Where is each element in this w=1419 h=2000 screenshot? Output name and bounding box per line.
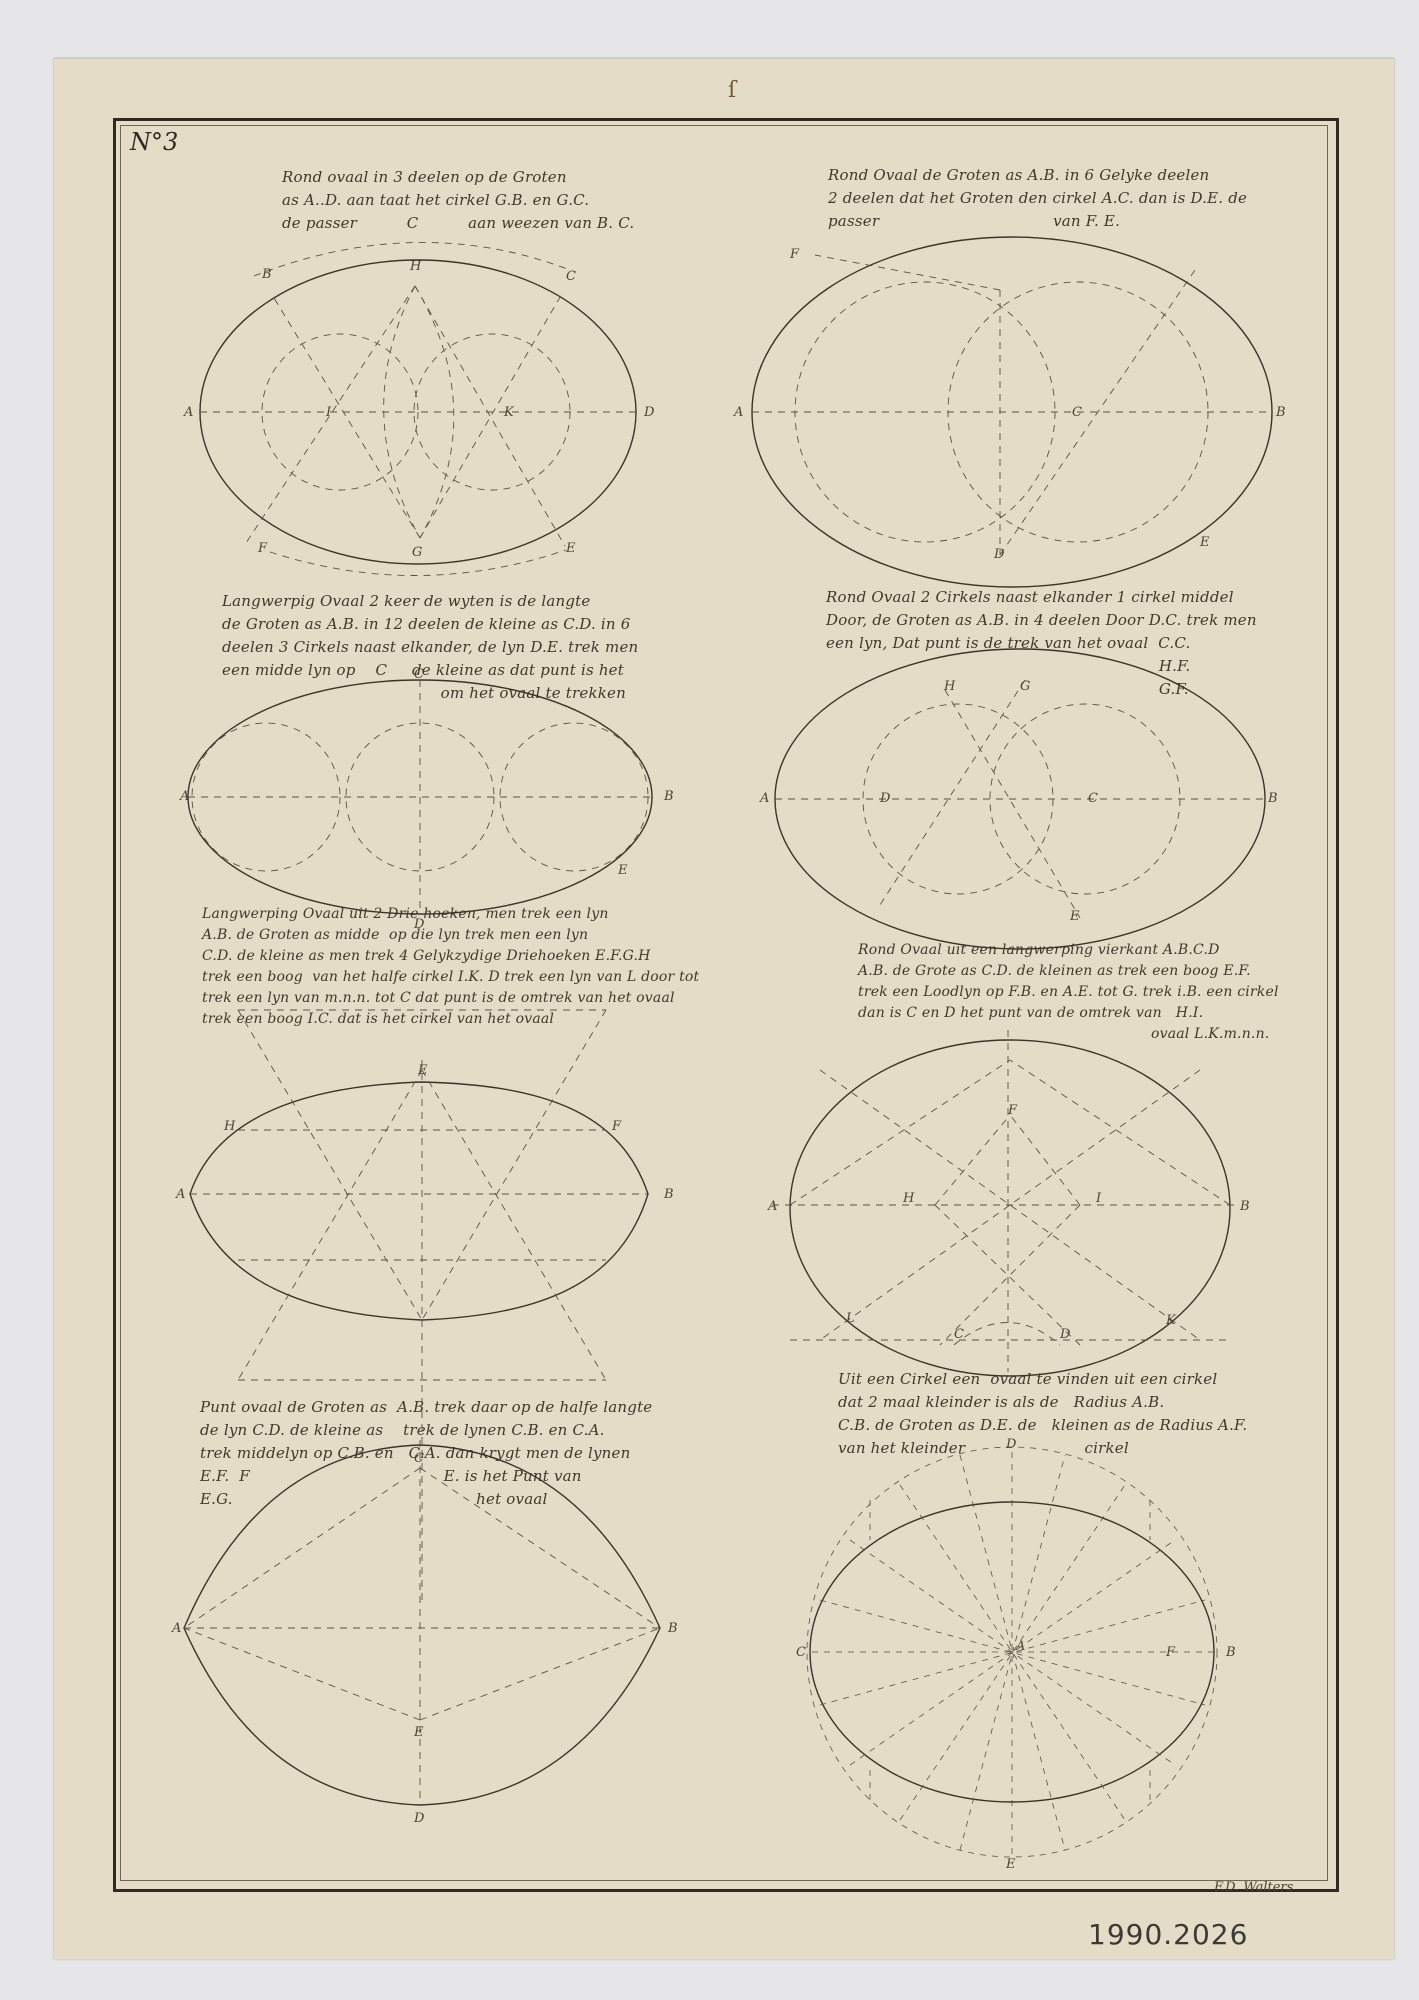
figure-8-oval-from-circle: C B F A D E: [796, 1437, 1236, 1872]
svg-text:H: H: [409, 259, 422, 274]
svg-text:H: H: [943, 679, 956, 694]
svg-text:E: E: [617, 863, 628, 878]
svg-text:B: B: [1239, 1199, 1250, 1214]
svg-text:B: B: [261, 267, 272, 282]
svg-text:E: E: [1069, 909, 1080, 924]
svg-text:D: D: [643, 405, 655, 420]
svg-text:D: D: [413, 917, 425, 932]
geometry-drawings: A B C D E F G H I K A B C D: [0, 0, 1419, 2000]
svg-text:E: E: [413, 1725, 424, 1740]
svg-text:B: B: [663, 1187, 674, 1202]
figure-4-oval-two-circles: A B C D E H G: [759, 649, 1278, 949]
svg-text:C: C: [1072, 405, 1082, 420]
svg-text:A: A: [1015, 1639, 1025, 1654]
svg-text:D: D: [1005, 1437, 1017, 1452]
svg-text:H: H: [902, 1191, 915, 1206]
svg-text:B: B: [663, 789, 674, 804]
svg-text:G: G: [412, 545, 422, 560]
svg-text:B: B: [1275, 405, 1286, 420]
svg-text:C: C: [414, 667, 424, 682]
svg-text:F: F: [1165, 1645, 1176, 1660]
svg-text:I: I: [1095, 1191, 1102, 1206]
svg-text:E: E: [1005, 1857, 1016, 1872]
inventory-number: 1990.2026: [1088, 1918, 1248, 1951]
svg-text:C: C: [414, 1451, 424, 1466]
figure-5-oval-from-triangles: A B E H F: [175, 1010, 674, 1600]
svg-text:E: E: [417, 1063, 428, 1078]
figure-7-pointed-oval: A B C D E: [171, 1440, 678, 1826]
svg-text:K: K: [1165, 1313, 1177, 1328]
svg-text:F: F: [1007, 1103, 1018, 1118]
svg-text:D: D: [993, 547, 1005, 562]
svg-text:C: C: [1088, 791, 1098, 806]
svg-text:A: A: [759, 791, 769, 806]
figure-3-elongated-oval: A B C D E: [179, 667, 674, 932]
figure-6-oval-from-rectangle: A B C D F H I L K: [767, 1030, 1250, 1376]
svg-text:B: B: [1225, 1645, 1236, 1660]
svg-text:A: A: [183, 405, 193, 420]
svg-text:G: G: [1020, 679, 1030, 694]
svg-text:E: E: [1199, 535, 1210, 550]
svg-text:D: D: [1059, 1327, 1071, 1342]
svg-text:I: I: [325, 405, 332, 420]
svg-text:D: D: [879, 791, 891, 806]
figure-2-oval-six-parts: A B C D E F: [733, 237, 1286, 587]
artist-signature: F.D. Walters: [1214, 1880, 1293, 1895]
svg-text:L: L: [845, 1311, 855, 1326]
svg-text:F: F: [789, 247, 800, 262]
svg-text:D: D: [413, 1811, 425, 1826]
svg-text:C: C: [566, 269, 576, 284]
svg-text:B: B: [667, 1621, 678, 1636]
figure-1-oval-three-parts: A B C D E F G H I K: [183, 242, 655, 575]
svg-text:B: B: [1267, 791, 1278, 806]
svg-text:A: A: [767, 1199, 777, 1214]
svg-text:K: K: [503, 405, 515, 420]
svg-text:A: A: [171, 1621, 181, 1636]
svg-text:E: E: [565, 541, 576, 556]
svg-text:A: A: [175, 1187, 185, 1202]
svg-text:C: C: [954, 1327, 964, 1342]
svg-text:F: F: [257, 541, 268, 556]
svg-text:A: A: [179, 789, 189, 804]
svg-text:F: F: [611, 1119, 622, 1134]
svg-text:A: A: [733, 405, 743, 420]
svg-text:H: H: [223, 1119, 236, 1134]
svg-text:C: C: [796, 1645, 806, 1660]
